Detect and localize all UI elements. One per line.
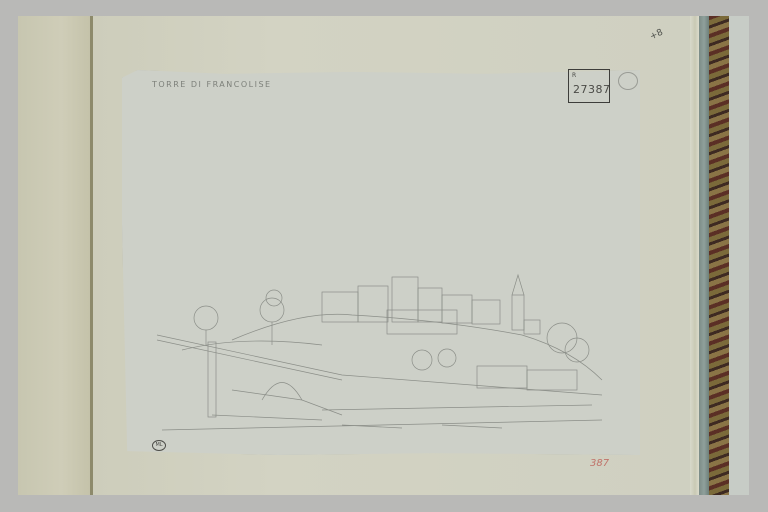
circular-mark: [618, 72, 638, 90]
title-inscription: TORRE DI FRANCOLISE: [152, 80, 272, 89]
stamp-prefix: R: [572, 72, 576, 79]
cover-backing: [729, 16, 749, 495]
page-number: 387: [590, 458, 609, 469]
page-stack: [699, 16, 709, 495]
pencil-drawing: [122, 70, 640, 455]
inventory-stamp: R 27387: [568, 69, 610, 103]
inventory-number: 27387: [573, 83, 611, 96]
marbled-cover-edge: [709, 16, 729, 495]
left-album-page: [18, 16, 91, 495]
collector-mark: ML: [152, 440, 166, 451]
